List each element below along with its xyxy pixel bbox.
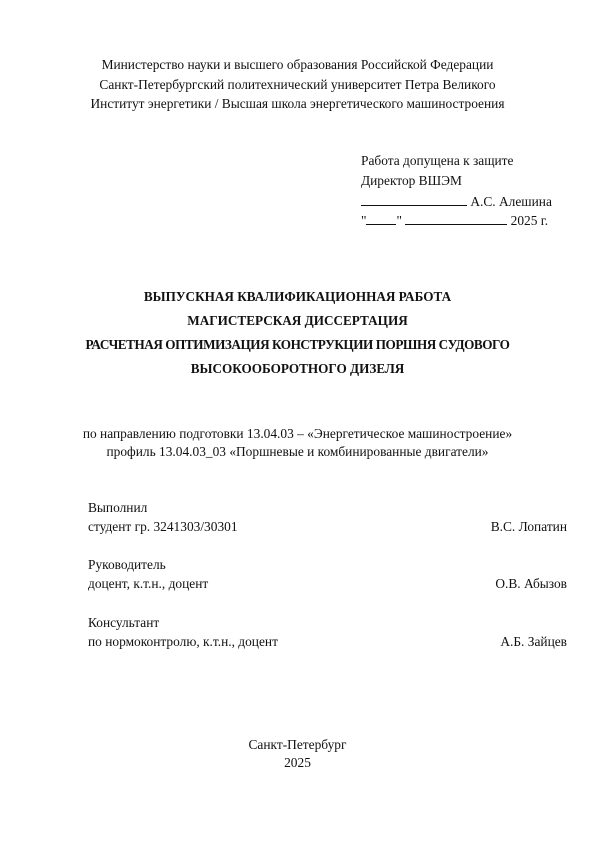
profile-line: профиль 13.04.03_03 «Поршневые и комбини… [0,444,595,460]
author-position: студент гр. 3241303/30301 [88,519,238,535]
footer-year: 2025 [0,755,595,771]
footer-city: Санкт-Петербург [0,737,595,753]
supervisor-role: Руководитель [88,557,166,573]
ministry-line: Министерство науки и высшего образования… [0,57,595,73]
quote-close: " [396,213,401,228]
institute-line: Институт энергетики / Высшая школа энерг… [0,96,595,112]
signatory-name: А.С. Алешина [470,194,552,209]
supervisor-position: доцент, к.т.н., доцент [88,576,208,592]
consultant-name: А.Б. Зайцев [500,634,567,650]
approval-text: Работа допущена к защите [361,153,513,169]
consultant-role: Консультант [88,615,159,631]
author-role: Выполнил [88,500,147,516]
university-line: Санкт-Петербургский политехнический унив… [0,77,595,93]
approval-year: 2025 г. [511,213,548,228]
signature-blank [361,193,467,206]
signature-line: А.С. Алешина [361,193,552,210]
month-blank [405,212,507,225]
work-type-title: ВЫПУСКНАЯ КВАЛИФИКАЦИОННАЯ РАБОТА [0,289,595,305]
direction-line: по направлению подготовки 13.04.03 – «Эн… [0,426,595,442]
director-label: Директор ВШЭМ [361,173,462,189]
author-name: В.С. Лопатин [491,519,567,535]
topic-title-line-1: РАСЧЕТНАЯ ОПТИМИЗАЦИЯ КОНСТРУКЦИИ ПОРШНЯ… [0,337,595,353]
day-blank [366,212,396,225]
dissertation-title: МАГИСТЕРСКАЯ ДИССЕРТАЦИЯ [0,313,595,329]
consultant-position: по нормоконтролю, к.т.н., доцент [88,634,278,650]
topic-title-line-2: ВЫСОКООБОРОТНОГО ДИЗЕЛЯ [0,361,595,377]
supervisor-name: О.В. Абызов [495,576,567,592]
date-line: "" 2025 г. [361,212,548,229]
